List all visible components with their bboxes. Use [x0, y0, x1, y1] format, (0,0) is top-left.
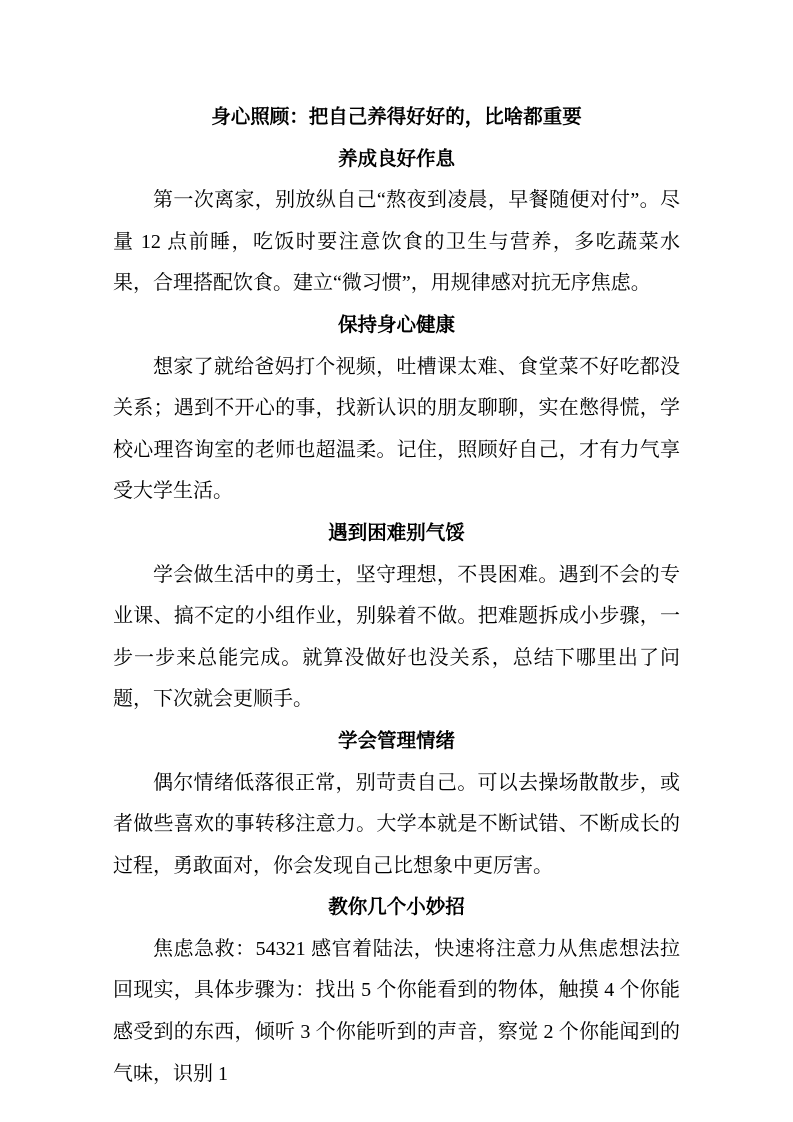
section-dont-be-discouraged: 遇到困难别气馁 学会做生活中的勇士，坚守理想，不畏困难。遇到不会的专业课、搞不定… — [113, 513, 680, 721]
section-tips: 教你几个小妙招 焦虑急救：54321 感官着陆法，快速将注意力从焦虑想法拉回现实… — [113, 887, 680, 1095]
paragraph-dont-be-discouraged: 学会做生活中的勇士，坚守理想，不畏困难。遇到不会的专业课、搞不定的小组作业，别躲… — [113, 555, 680, 721]
section-good-routine: 养成良好作息 第一次离家，别放纵自己“熬夜到凌晨，早餐随便对付”。尽量 12 点… — [113, 139, 680, 305]
section-heading-dont-be-discouraged: 遇到困难别气馁 — [113, 513, 680, 555]
paragraph-good-routine: 第一次离家，别放纵自己“熬夜到凌晨，早餐随便对付”。尽量 12 点前睡，吃饭时要… — [113, 180, 680, 305]
section-manage-emotions: 学会管理情绪 偶尔情绪低落很正常，别苛责自己。可以去操场散散步，或者做些喜欢的事… — [113, 721, 680, 887]
section-heading-tips: 教你几个小妙招 — [113, 887, 680, 929]
paragraph-physical-mental-health: 想家了就给爸妈打个视频，吐槽课太难、食堂菜不好吃都没关系；遇到不开心的事，找新认… — [113, 347, 680, 513]
document-page: 身心照顾：把自己养得好好的，比啥都重要 养成良好作息 第一次离家，别放纵自己“熬… — [0, 0, 793, 1122]
section-heading-good-routine: 养成良好作息 — [113, 139, 680, 181]
paragraph-tips: 焦虑急救：54321 感官着陆法，快速将注意力从焦虑想法拉回现实，具体步骤为：找… — [113, 929, 680, 1095]
section-heading-physical-mental-health: 保持身心健康 — [113, 305, 680, 347]
paragraph-manage-emotions: 偶尔情绪低落很正常，别苛责自己。可以去操场散散步，或者做些喜欢的事转移注意力。大… — [113, 763, 680, 888]
section-physical-mental-health: 保持身心健康 想家了就给爸妈打个视频，吐槽课太难、食堂菜不好吃都没关系；遇到不开… — [113, 305, 680, 513]
document-title: 身心照顾：把自己养得好好的，比啥都重要 — [113, 97, 680, 139]
section-heading-manage-emotions: 学会管理情绪 — [113, 721, 680, 763]
